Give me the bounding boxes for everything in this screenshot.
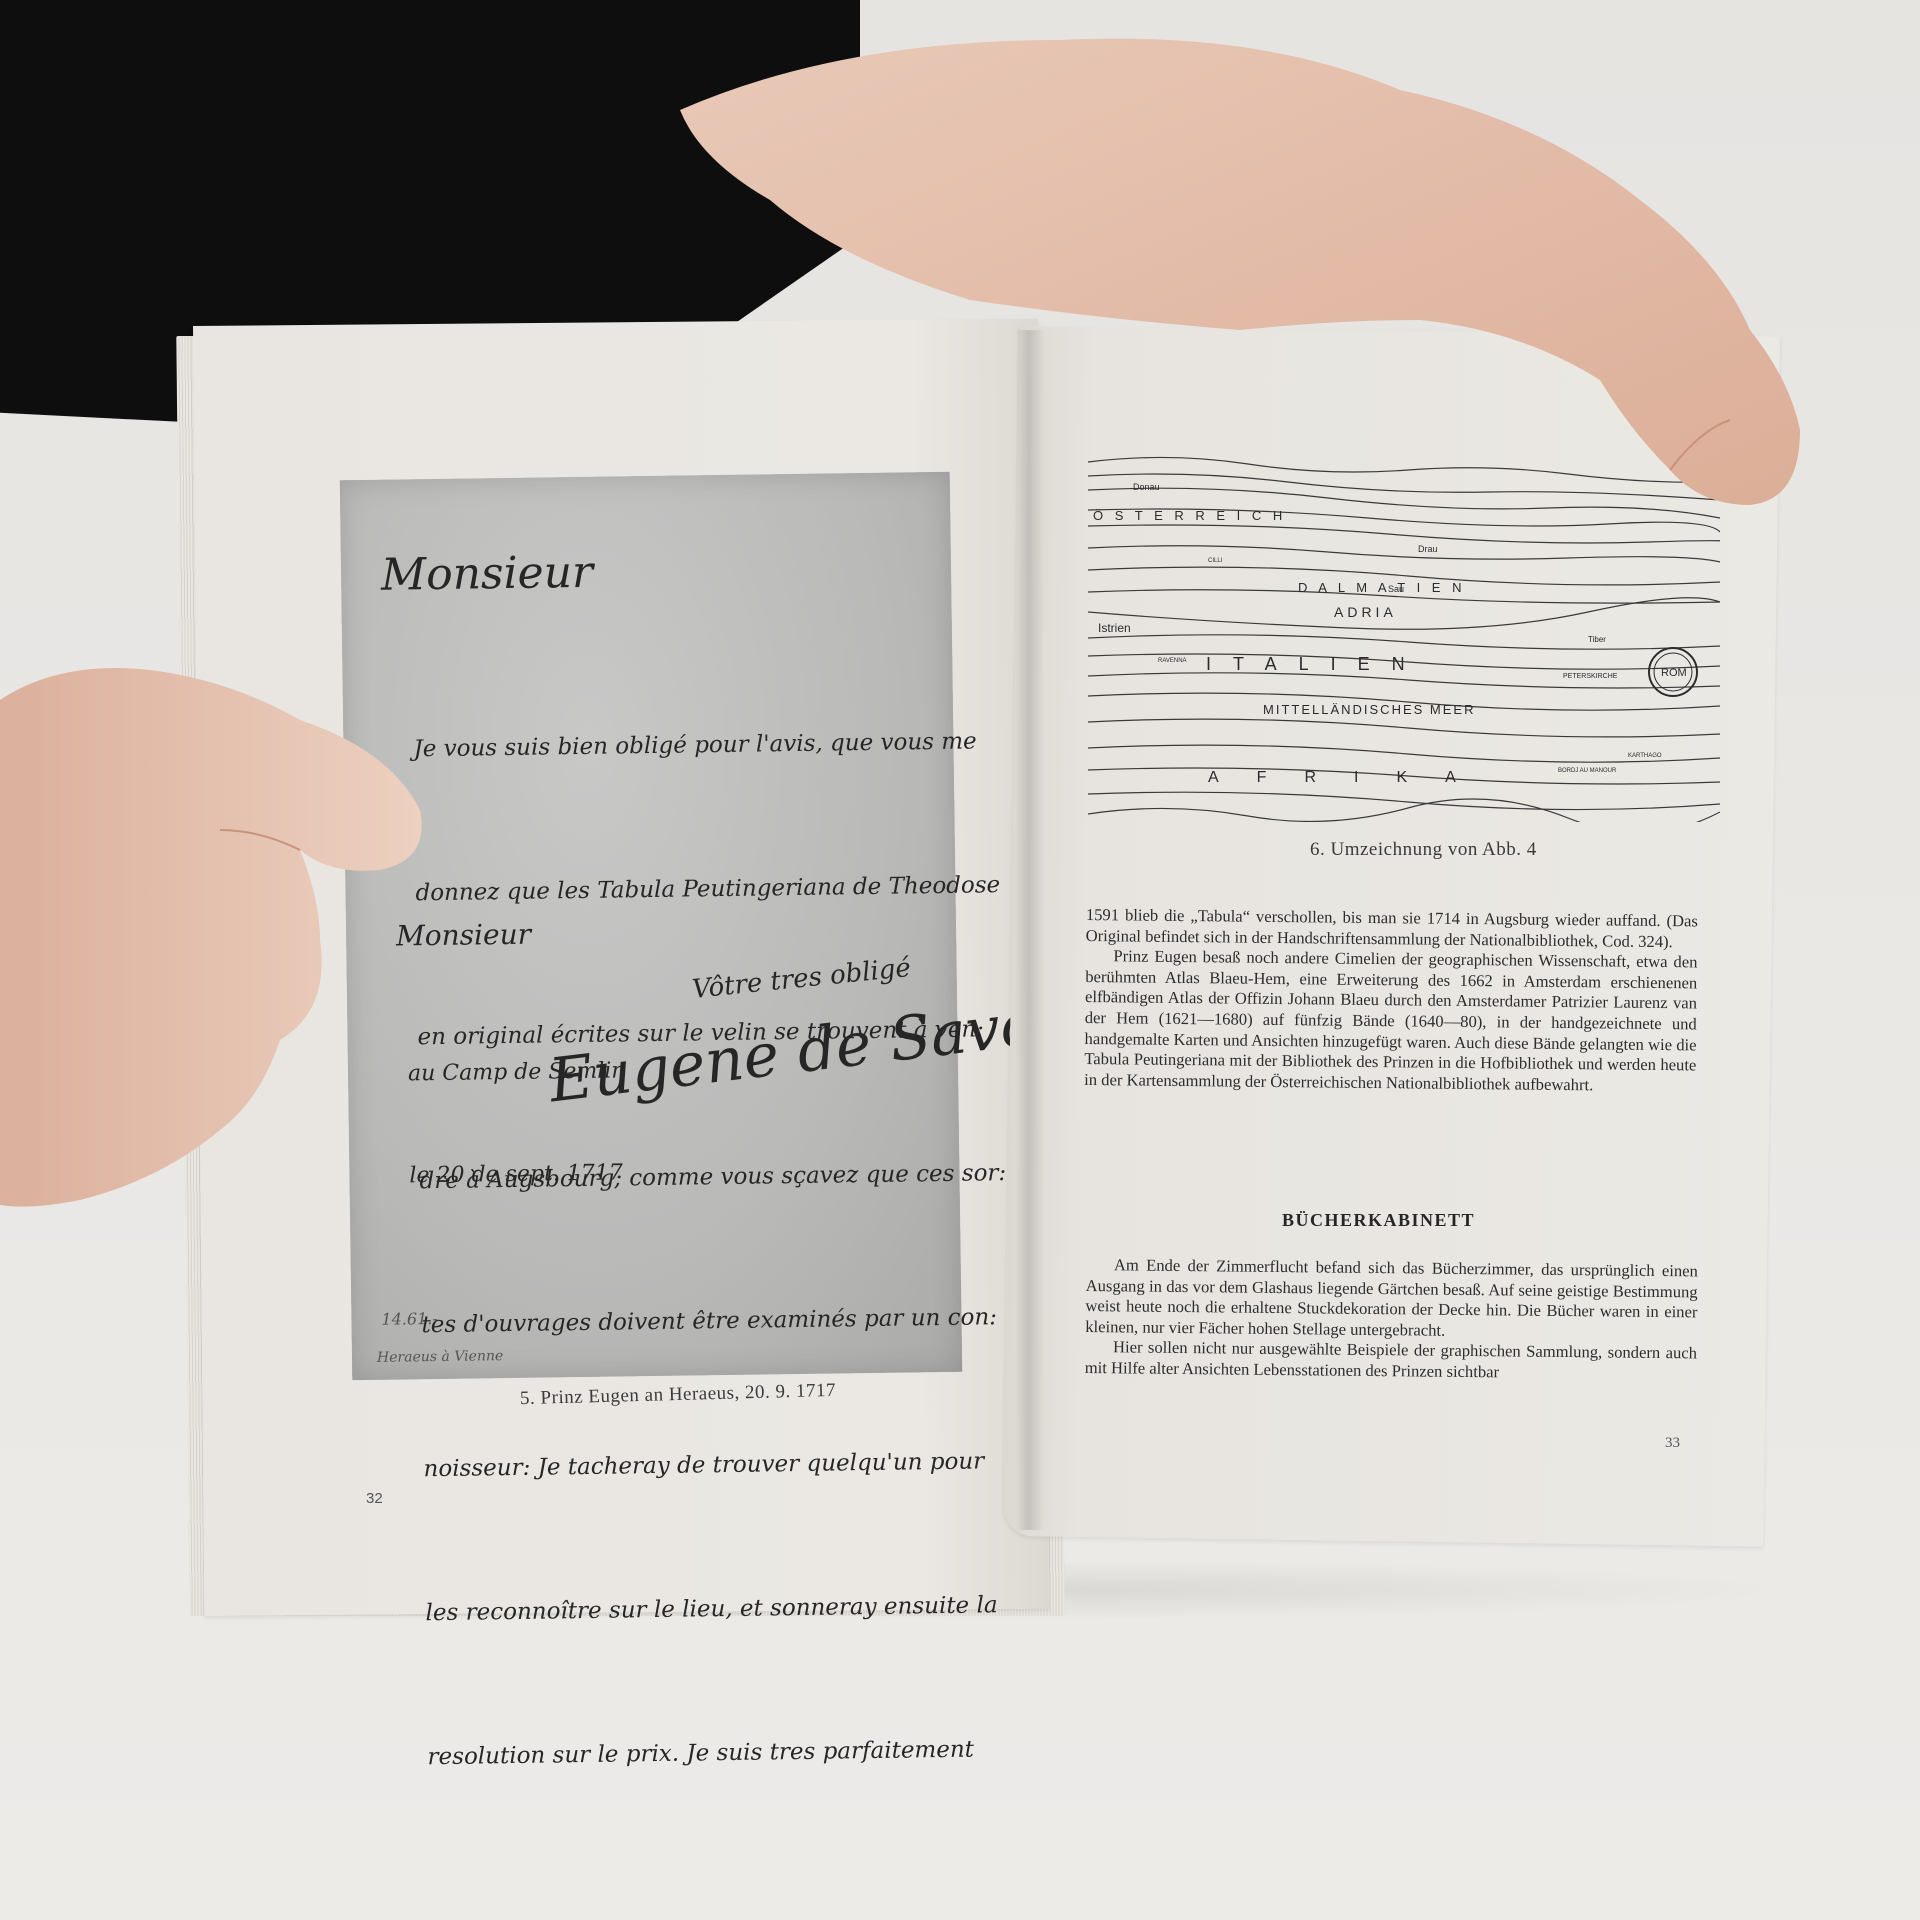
page-number-left: 32 [366,1490,383,1507]
svg-text:ADRIA: ADRIA [1334,604,1397,620]
letter-line: les reconnoître sur le lieu, et sonneray… [425,1581,1012,1637]
body-text-bottom: Am Ende der Zimmerflucht befand sich das… [1085,1255,1698,1385]
left-hand-holding-page [0,660,430,1220]
figure-caption-6: 6. Umzeichnung von Abb. 4 [1310,839,1537,861]
body-text-top: 1591 blieb die „Tabula“ verschollen, bis… [1084,905,1698,1097]
letter-date: le 20 de sept. 1717 [409,1156,627,1193]
paragraph: Hier sollen nicht nur ausgewählte Beispi… [1085,1337,1697,1385]
svg-text:Drau: Drau [1418,544,1438,554]
letter-place-date: au Camp de Semlin le 20 de sept. 1717 [407,986,628,1261]
letter-line: Je vous suis bien obligé pour l'avis, qu… [413,717,1000,773]
letter-line: noisseur: Je tacheray de trouver quelqu'… [423,1437,1010,1493]
svg-text:KARTHAGO: KARTHAGO [1628,753,1662,759]
letter-salutation: Monsieur [381,547,594,601]
right-hand-holding-book [640,0,1840,520]
svg-text:CILLI: CILLI [1208,558,1223,564]
svg-text:RAVENNA: RAVENNA [1158,658,1187,664]
svg-text:Istrien: Istrien [1098,621,1131,635]
letter-line: tes d'ouvrages doivent être examinés par… [421,1293,1008,1349]
paragraph: Am Ende der Zimmerflucht befand sich das… [1085,1255,1698,1344]
svg-text:ITALIEN: ITALIEN [1206,654,1427,674]
paragraph: 1591 blieb die „Tabula“ verschollen, bis… [1086,905,1698,953]
section-heading: BÜCHERKABINETT [1282,1210,1475,1231]
svg-text:Tiber: Tiber [1588,635,1606,644]
letter-archive-address: Heraeus à Vienne [377,1348,503,1366]
letter-facsimile: Monsieur Je vous suis bien obligé pour l… [340,472,963,1380]
letter-line: donnez que les Tabula Peutingeriana de T… [415,861,1002,917]
letter-archive-number: 14.61.- [381,1309,438,1329]
paragraph: Prinz Eugen besaß noch andere Cimelien d… [1084,946,1697,1097]
page-number-right: 33 [1665,1435,1680,1452]
svg-text:AFRIKA: AFRIKA [1208,769,1494,786]
svg-text:PETERSKIRCHE: PETERSKIRCHE [1563,673,1618,680]
svg-text:D A L M A T I E N: D A L M A T I E N [1298,580,1465,595]
letter-line: resolution sur le prix. Je suis tres par… [427,1725,1014,1781]
svg-text:ROM: ROM [1661,667,1687,679]
svg-text:BORDJ AU MANOUR: BORDJ AU MANOUR [1558,768,1617,774]
svg-text:MITTELLÄNDISCHES MEER: MITTELLÄNDISCHES MEER [1263,702,1475,717]
